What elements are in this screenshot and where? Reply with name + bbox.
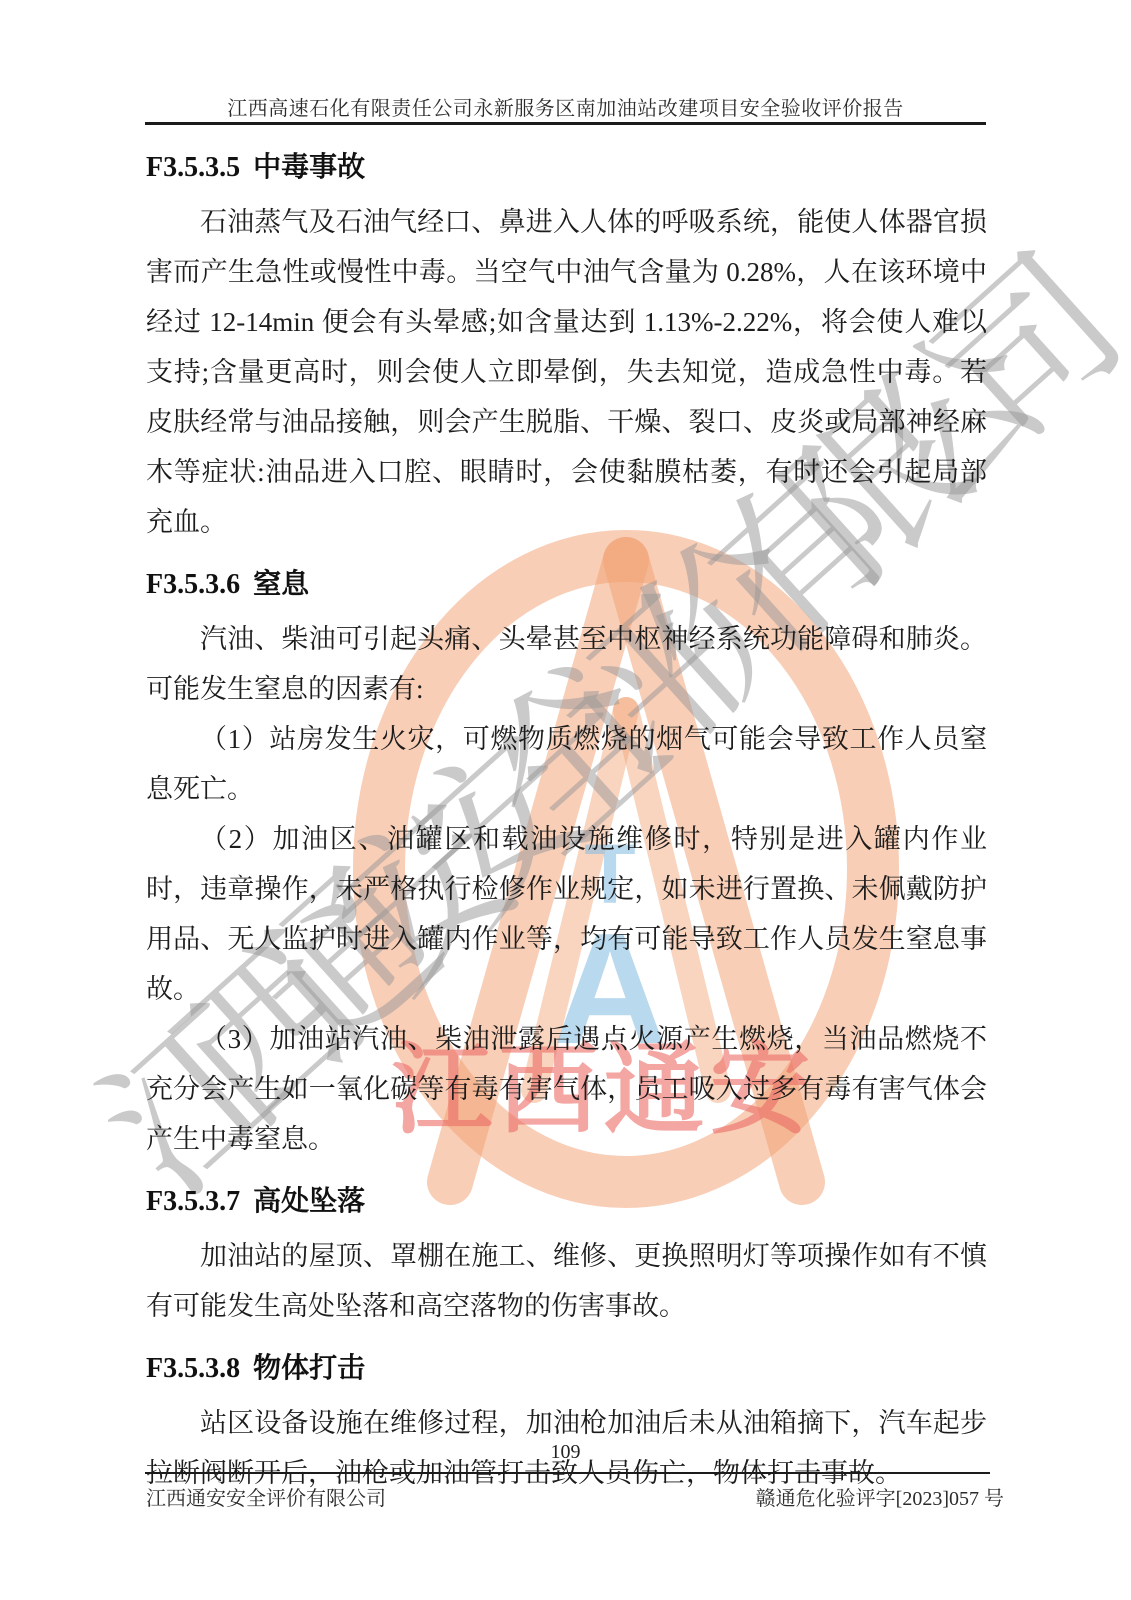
section-heading-f3535: F3.5.3.5中毒事故 — [146, 144, 987, 191]
paragraph: （3）加油站汽油、柴油泄露后遇点火源产生燃烧，当油品燃烧不充分会产生如一氧化碳等… — [146, 1014, 987, 1164]
header-divider — [145, 122, 986, 125]
section-heading-f3538: F3.5.3.8物体打击 — [146, 1345, 987, 1392]
paragraph: 加油站的屋顶、罩棚在施工、维修、更换照明灯等项操作如有不慎有可能发生高处坠落和高… — [146, 1231, 987, 1331]
section-number: F3.5.3.5 — [146, 152, 240, 183]
paragraph: （2）加油区、油罐区和载油设施维修时，特别是进入罐内作业时，违章操作，未严格执行… — [146, 814, 987, 1014]
section-number: F3.5.3.6 — [146, 569, 240, 600]
footer-divider — [145, 1472, 990, 1474]
document-page: T A 江西通安安全评价有限公司 江西通安 江西高速石化有限责任公司永新服务区南… — [0, 0, 1131, 1600]
page-number: 109 — [0, 1441, 1131, 1464]
section-title: 高处坠落 — [253, 1185, 365, 1216]
section-number: F3.5.3.8 — [146, 1353, 240, 1384]
paragraph: 汽油、柴油可引起头痛、头晕甚至中枢神经系统功能障碍和肺炎。可能发生窒息的因素有: — [146, 614, 987, 714]
paragraph: 石油蒸气及石油气经口、鼻进入人体的呼吸系统，能使人体器官损害而产生急性或慢性中毒… — [146, 197, 987, 547]
footer-company: 江西通安安全评价有限公司 — [146, 1482, 386, 1511]
section-title: 物体打击 — [253, 1352, 365, 1383]
section-number: F3.5.3.7 — [146, 1186, 240, 1217]
section-title: 中毒事故 — [253, 151, 365, 182]
page-header-title: 江西高速石化有限责任公司永新服务区南加油站改建项目安全验收评价报告 — [0, 92, 1131, 121]
paragraph: （1）站房发生火灾，可燃物质燃烧的烟气可能会导致工作人员窒息死亡。 — [146, 714, 987, 814]
page-footer: 江西通安安全评价有限公司 赣通危化验评字[2023]057 号 — [146, 1482, 1004, 1511]
section-heading-f3536: F3.5.3.6窒息 — [146, 561, 987, 608]
footer-document-number: 赣通危化验评字[2023]057 号 — [756, 1482, 1004, 1511]
section-heading-f3537: F3.5.3.7高处坠落 — [146, 1178, 987, 1225]
section-title: 窒息 — [253, 568, 309, 599]
content-layer: 江西高速石化有限责任公司永新服务区南加油站改建项目安全验收评价报告 F3.5.3… — [0, 0, 1131, 1600]
main-text: F3.5.3.5中毒事故 石油蒸气及石油气经口、鼻进入人体的呼吸系统，能使人体器… — [146, 130, 987, 1498]
